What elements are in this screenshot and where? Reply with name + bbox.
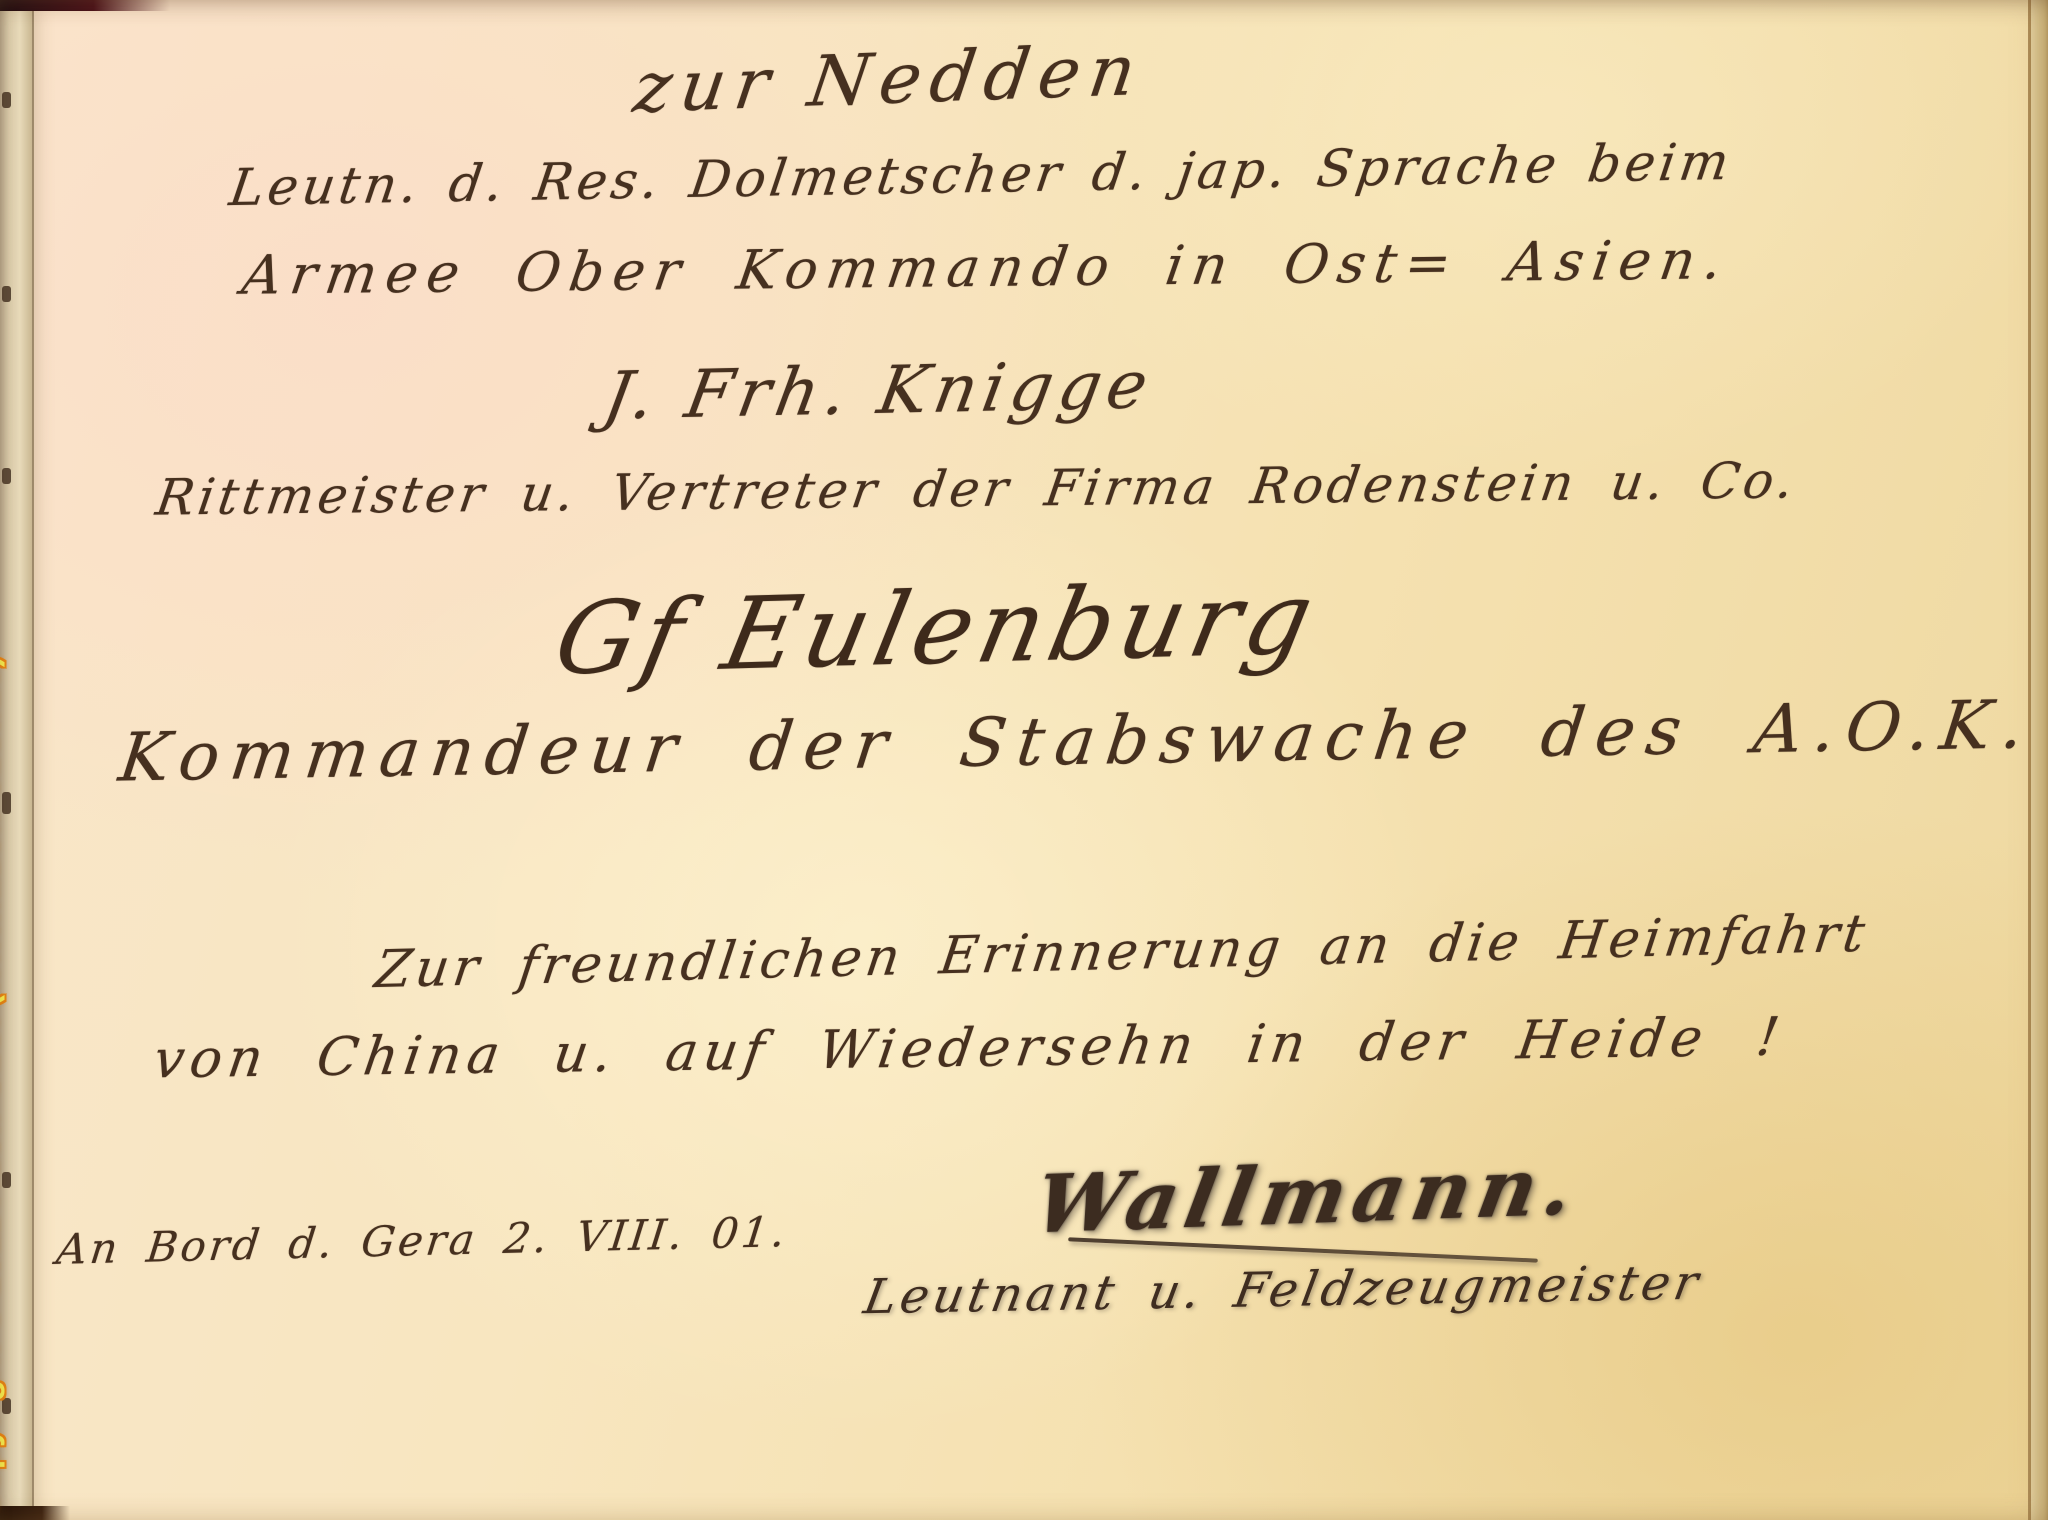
zur-nedden-rank-line-1: Leutn. d. Res. Dolmetscher d. jap. Sprac… bbox=[226, 133, 1736, 218]
book-cover-corner-top bbox=[0, 0, 170, 11]
wallmann-dedication-line-1: Zur freundlichen Erinnerung an die Heimf… bbox=[371, 904, 1872, 1000]
zur-nedden-rank-line-2: Armee Ober Kommando in Ost= Asien. bbox=[238, 228, 1735, 307]
adjacent-page-edge bbox=[2028, 0, 2048, 1520]
book-cover-corner-bottom bbox=[0, 1506, 70, 1520]
signature-wallmann: Wallmann. bbox=[1028, 1139, 1588, 1252]
binding-stitch bbox=[2, 92, 11, 108]
binding-stitch bbox=[2, 468, 11, 484]
wallmann-dedication-line-2: von China u. auf Wiedersehn in der Heide… bbox=[150, 1007, 1789, 1091]
signature-eulenburg: Gf Eulenburg bbox=[546, 559, 1328, 697]
date-location-note: An Bord d. Gera 2. VIII. 01. bbox=[54, 1207, 791, 1274]
binding-stitch bbox=[2, 286, 11, 302]
eulenburg-rank-line: Kommandeur der Stabswache des A.O.K. bbox=[115, 685, 2039, 796]
copyright-watermark: Copyright © 2011 Adolf Obst (www.adolf-o… bbox=[0, 654, 6, 1518]
signature-zur-nedden: zur Nedden bbox=[629, 29, 1150, 129]
album-page-scan: Copyright © 2011 Adolf Obst (www.adolf-o… bbox=[0, 0, 2048, 1520]
signature-knigge: J. Frh. Knigge bbox=[598, 346, 1159, 434]
wallmann-rank-line: Leutnant u. Feldzeugmeister bbox=[860, 1255, 1707, 1326]
knigge-rank-line: Rittmeister u. Vertreter der Firma Roden… bbox=[152, 451, 1801, 526]
